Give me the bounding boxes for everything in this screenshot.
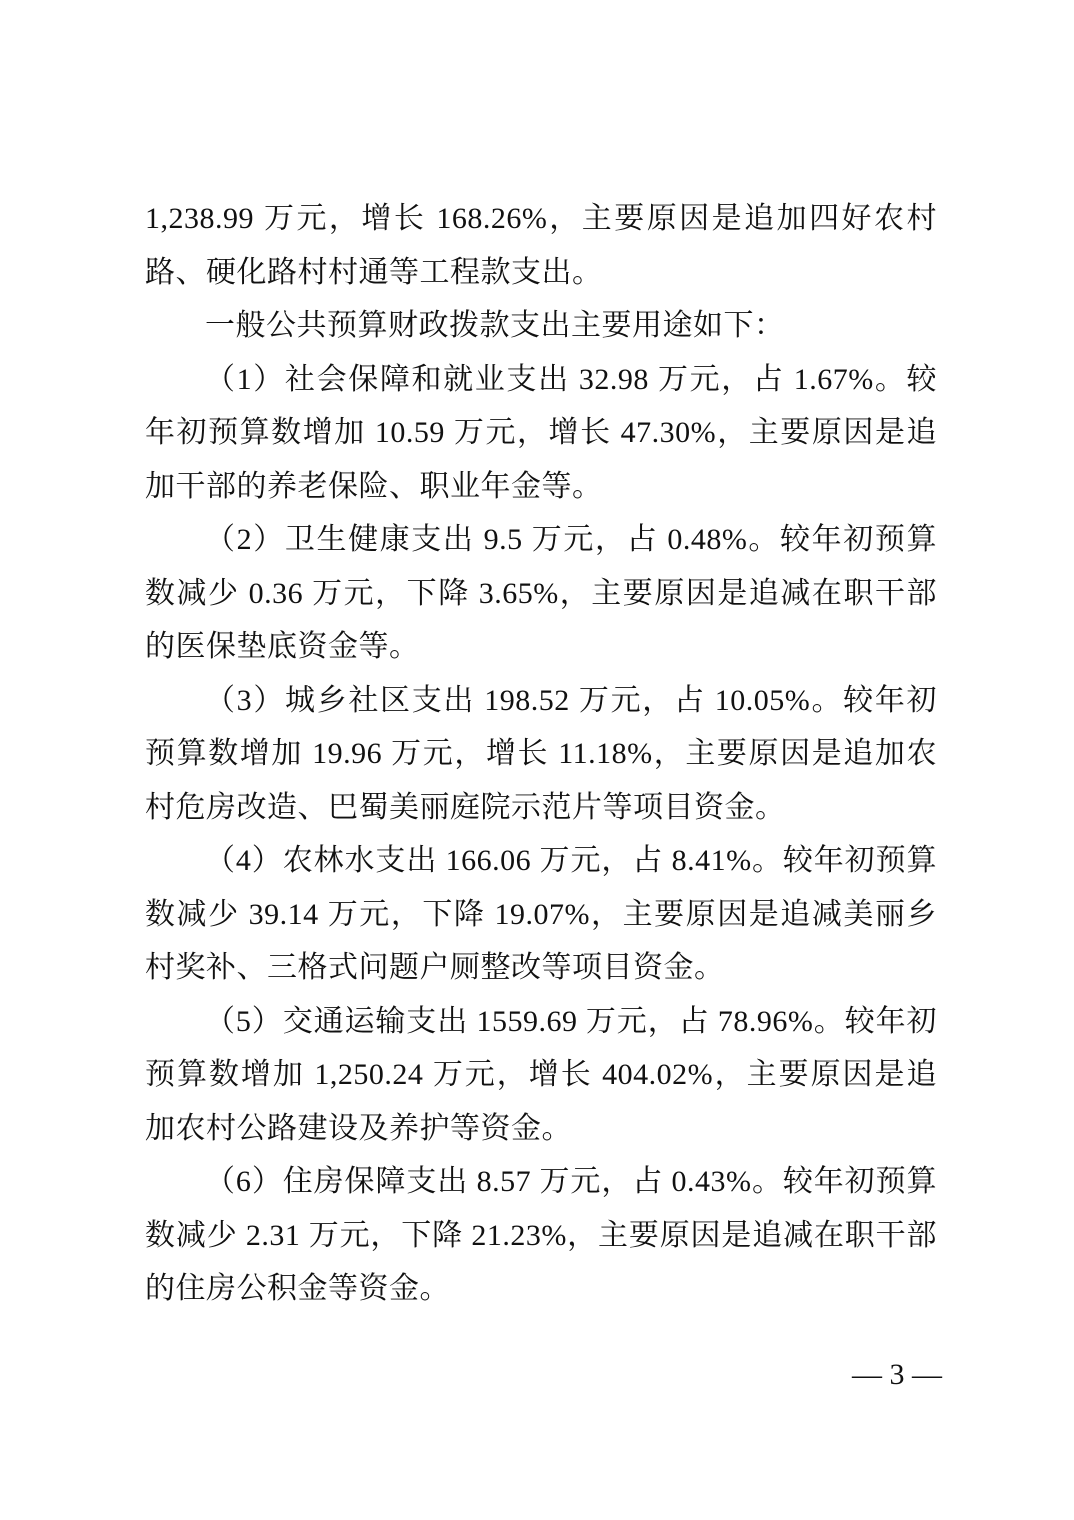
paragraph-item-3-urban-rural-community: （3）城乡社区支出 198.52 万元，占 10.05%。较年初预算数增加 19… (145, 674, 937, 835)
paragraph-item-4-agriculture-forestry-water: （4）农林水支出 166.06 万元，占 8.41%。较年初预算数减少 39.1… (145, 834, 937, 995)
document-page: 1,238.99 万元，增长 168.26%，主要原因是追加四好农村路、硬化路村… (0, 0, 1074, 1520)
paragraph-continuation: 1,238.99 万元，增长 168.26%，主要原因是追加四好农村路、硬化路村… (145, 192, 937, 299)
paragraph-intro: 一般公共预算财政拨款支出主要用途如下： (145, 299, 937, 353)
paragraph-item-1-social-security: （1）社会保障和就业支出 32.98 万元，占 1.67%。较年初预算数增加 1… (145, 353, 937, 514)
paragraph-item-6-housing: （6）住房保障支出 8.57 万元，占 0.43%。较年初预算数减少 2.31 … (145, 1155, 937, 1316)
document-body-text: 1,238.99 万元，增长 168.26%，主要原因是追加四好农村路、硬化路村… (145, 192, 937, 1316)
page-number: — 3 — (852, 1355, 942, 1395)
paragraph-item-5-transportation: （5）交通运输支出 1559.69 万元，占 78.96%。较年初预算数增加 1… (145, 995, 937, 1156)
paragraph-item-2-health: （2）卫生健康支出 9.5 万元，占 0.48%。较年初预算数减少 0.36 万… (145, 513, 937, 674)
